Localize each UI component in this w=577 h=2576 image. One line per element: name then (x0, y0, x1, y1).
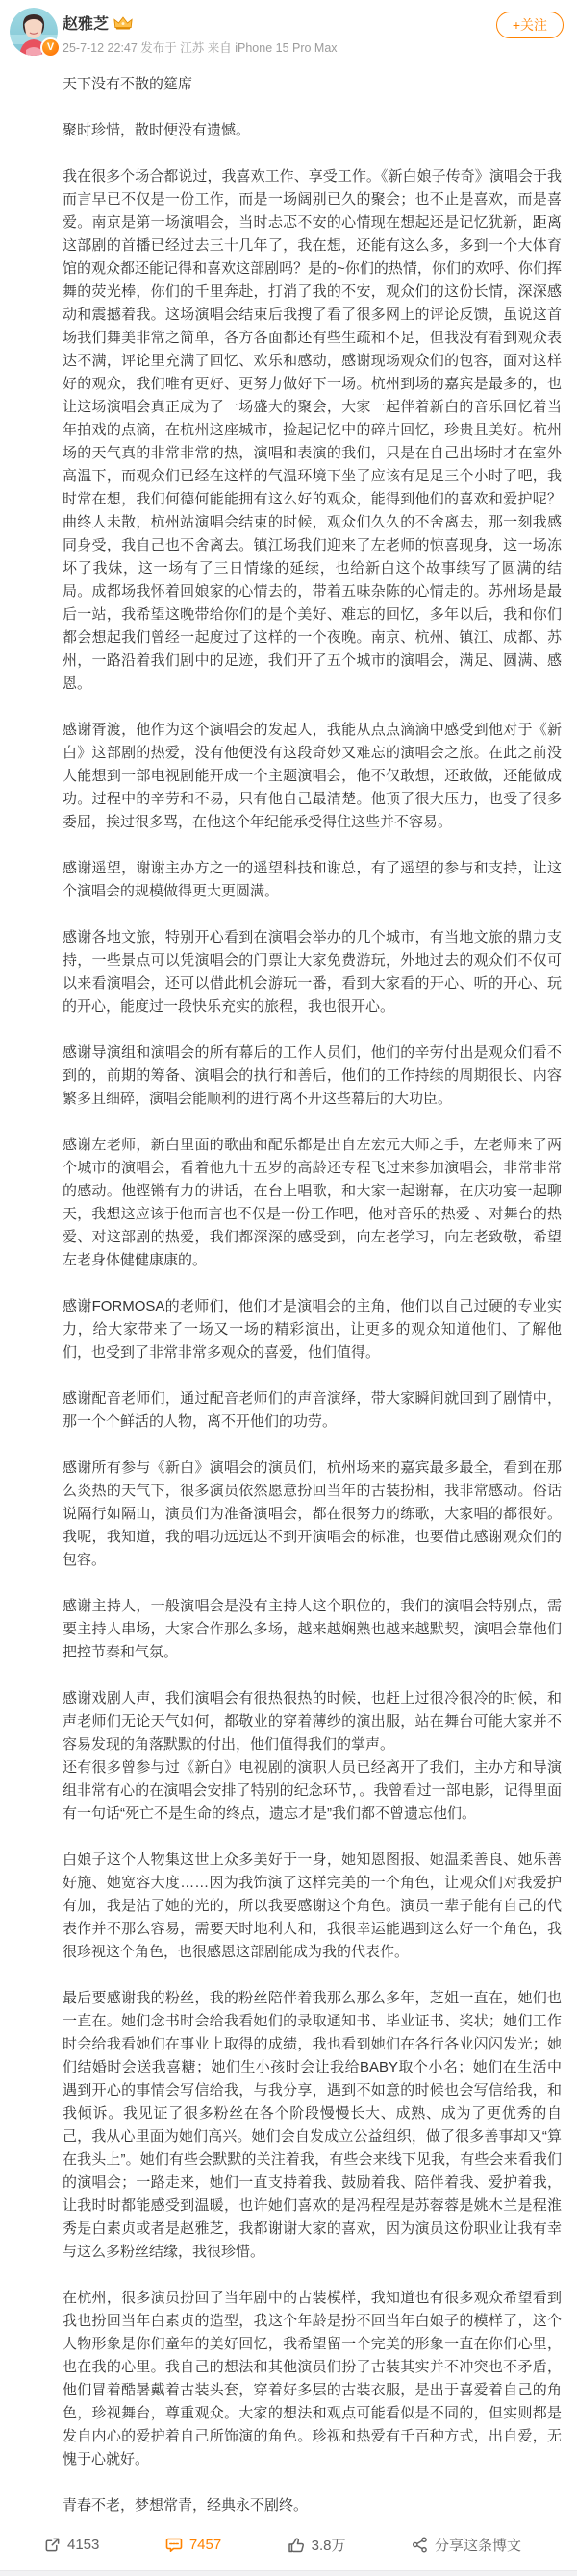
post-paragraph: 我在很多个场合都说过，我喜欢工作、享受工作。《新白娘子传奇》演唱会于我而言早已不… (63, 165, 562, 696)
post-paragraph: 聚时珍惜，散时便没有遗憾。 (63, 119, 562, 142)
post-action-bar: 4153 7457 3.8万 分享这条博文 (0, 2517, 577, 2570)
post-meta-timestamp: 25-7-12 22:47 发布于 江苏 来自 iPhone 15 Pro Ma… (63, 38, 562, 56)
post-paragraph: 感谢配音老师们，通过配音老师们的声音演绎，带大家瞬间就回到了剧情中，那一个个鲜活… (63, 1387, 562, 1434)
repost-count: 4153 (67, 2537, 99, 2553)
share-button[interactable]: 分享这条博文 (412, 2535, 521, 2555)
post-paragraph: 最后要感谢我的粉丝，我的粉丝陪伴着我那么那么多年，芝姐一直在，她们也一直在。她们… (63, 1987, 562, 2264)
post-paragraph: 感谢导演组和演唱会的所有幕后的工作人员们，他们的辛劳付出是观众们看不到的，前期的… (63, 1042, 562, 1111)
post-header: V 赵雅芝 25-7-12 22:47 发布于 江苏 来自 iPhone 15 … (0, 0, 577, 65)
post-paragraph: 感谢所有参与《新白》演唱会的演员们，杭州场来的嘉宾最多最全，看到在那么炎热的天气… (63, 1457, 562, 1572)
post-paragraph: 白娘子这个人物集这世上众多美好于一身，她知恩图报、她温柔善良、她乐善好施、她宽容… (63, 1849, 562, 1964)
weibo-post: V 赵雅芝 25-7-12 22:47 发布于 江苏 来自 iPhone 15 … (0, 0, 577, 2576)
comment-count: 7457 (189, 2537, 221, 2553)
post-paragraph: 青春不老，梦想常青，经典永不剧终。 (63, 2494, 562, 2517)
post-paragraph: 感谢胥渡，他作为这个演唱会的发起人，我能从点点滴滴中感受到他对于《新白》这部剧的… (63, 719, 562, 834)
post-paragraph: 感谢主持人，一般演唱会是没有主持人这个职位的，我们的演唱会特别点，需要主持人串场… (63, 1595, 562, 1664)
header-info: 赵雅芝 25-7-12 22:47 发布于 江苏 来自 iPhone 15 Pr… (63, 10, 562, 56)
repost-button[interactable]: 4153 (44, 2537, 99, 2553)
post-body: 天下没有不散的筵席聚时珍惜，散时便没有遗憾。我在很多个场合都说过，我喜欢工作、享… (63, 73, 562, 2517)
share-label: 分享这条博文 (435, 2535, 521, 2555)
post-separator (0, 2570, 577, 2576)
like-count: 3.8万 (312, 2535, 346, 2555)
post-paragraph: 天下没有不散的筵席 (63, 73, 562, 96)
post-paragraph: 感谢FORMOSA的老师们，他们才是演唱会的主角，他们以自己过硬的专业实力，给大… (63, 1295, 562, 1364)
post-paragraph: 感谢戏剧人声，我们演唱会有很热很热的时候，也赶上过很冷很冷的时候，和声老师们无论… (63, 1687, 562, 1826)
repost-icon (44, 2537, 61, 2553)
vip-crown-icon (113, 15, 133, 31)
post-paragraph: 在杭州，很多演员扮回了当年剧中的古装模样，我知道也有很多观众希望看到我也扮回当年… (63, 2287, 562, 2471)
username[interactable]: 赵雅芝 (63, 12, 109, 34)
comment-bubble-icon (165, 2537, 183, 2554)
post-paragraph: 感谢左老师，新白里面的歌曲和配乐都是出自左宏元大师之手，左老师来了两个城市的演唱… (63, 1134, 562, 1272)
like-button[interactable]: 3.8万 (288, 2535, 346, 2555)
comment-button[interactable]: 7457 (165, 2537, 221, 2554)
post-paragraph: 感谢遥望，谢谢主办方之一的遥望科技和谢总，有了遥望的参与和支持，让这个演唱会的规… (63, 857, 562, 903)
share-nodes-icon (412, 2537, 428, 2553)
post-paragraph: 感谢各地文旅，特别开心看到在演唱会举办的几个城市，有当地文旅的鼎力支持，一些景点… (63, 926, 562, 1018)
avatar[interactable]: V (10, 8, 58, 56)
thumbs-up-icon (288, 2537, 305, 2554)
verified-v-badge-icon: V (40, 37, 61, 58)
follow-button[interactable]: +关注 (496, 12, 564, 38)
